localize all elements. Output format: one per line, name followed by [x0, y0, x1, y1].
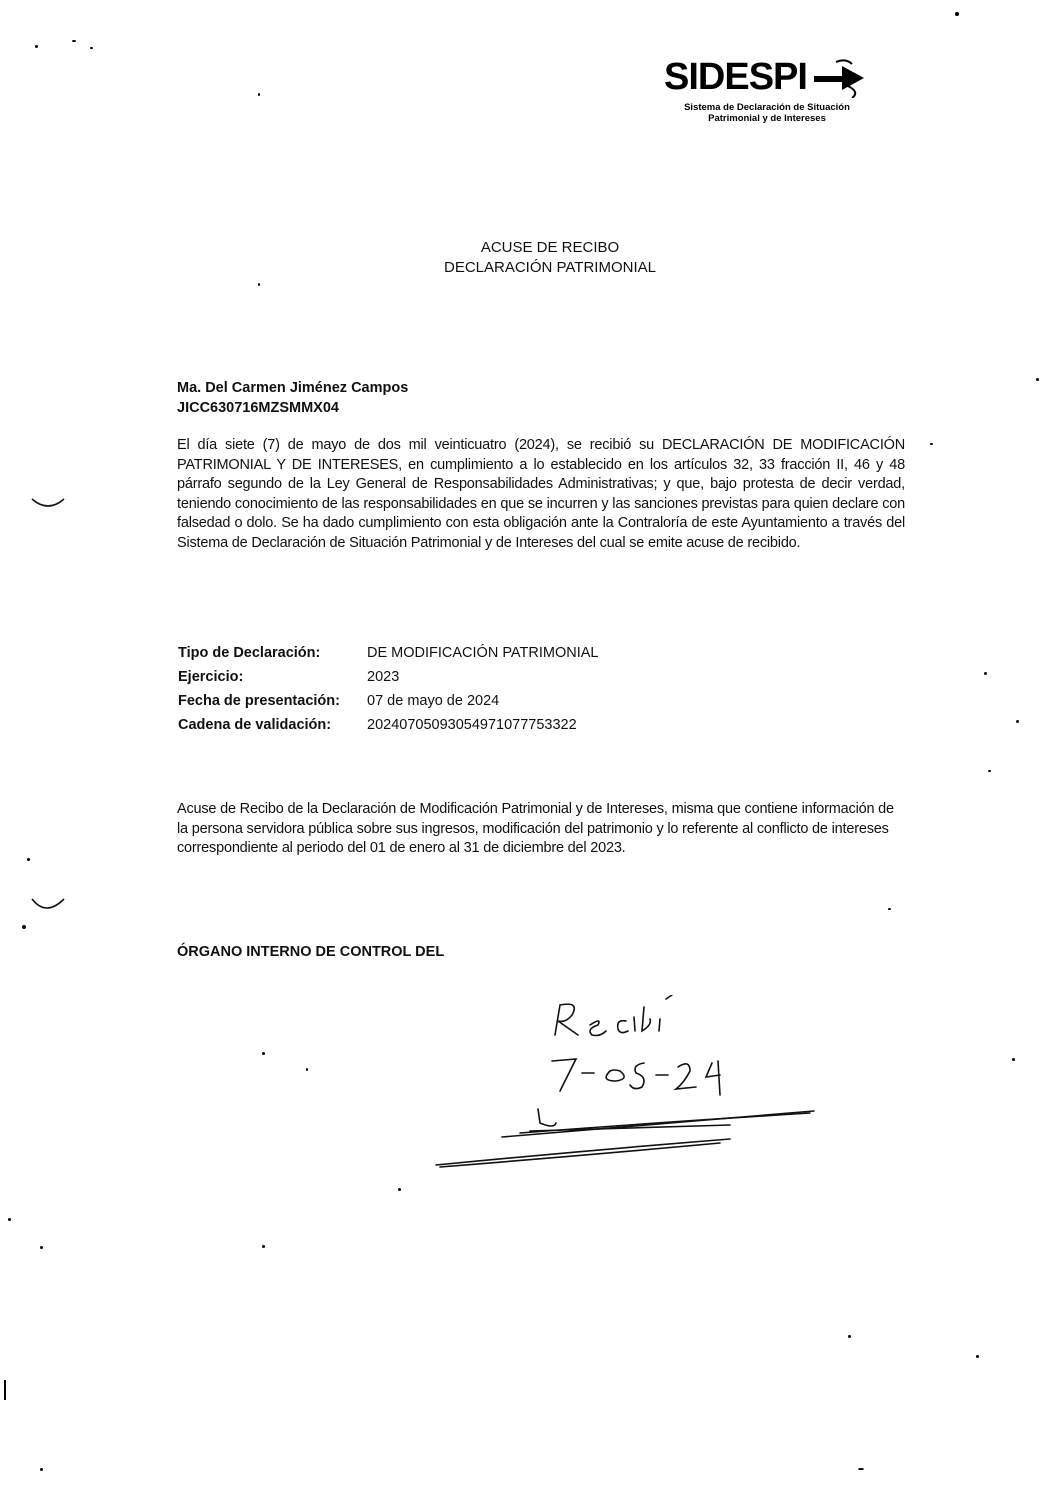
info-label: Cadena de validación:: [178, 713, 367, 737]
scan-speck: [1016, 720, 1019, 723]
info-row-ejercicio: Ejercicio: 2023: [178, 665, 598, 689]
scan-speck: [306, 1068, 308, 1071]
info-row-tipo: Tipo de Declaración: DE MODIFICACIÓN PAT…: [178, 641, 598, 665]
scan-speck: [8, 1218, 11, 1221]
title-line2: DECLARACIÓN PATRIMONIAL: [340, 258, 760, 278]
scan-speck: [930, 443, 933, 445]
info-value: 2023: [367, 665, 399, 689]
logo-subtitle-line1: Sistema de Declaración de Situación: [662, 102, 872, 113]
scan-speck: [955, 12, 959, 16]
scan-speck: [262, 1245, 265, 1248]
recipient-rfc: JICC630716MZSMMX04: [177, 398, 408, 418]
scan-speck: [1012, 1058, 1015, 1061]
info-label: Ejercicio:: [178, 665, 367, 689]
issuing-body: ÓRGANO INTERNO DE CONTROL DEL: [177, 944, 444, 960]
scan-speck: [1036, 378, 1039, 381]
scan-speck: [72, 40, 76, 42]
info-row-fecha: Fecha de presentación: 07 de mayo de 202…: [178, 689, 598, 713]
declaration-info: Tipo de Declaración: DE MODIFICACIÓN PAT…: [178, 641, 598, 737]
scan-speck: [40, 1246, 43, 1249]
scan-speck: [398, 1188, 401, 1191]
sidespi-logo: SIDESPI Sistema de Declaración de Situac…: [640, 52, 880, 132]
scan-speck: [984, 672, 987, 675]
scan-speck: [40, 1468, 43, 1471]
scan-speck: [22, 925, 26, 929]
scan-speck: [27, 858, 30, 861]
recipient-block: Ma. Del Carmen Jiménez Campos JICC630716…: [177, 378, 408, 418]
scan-edge-mark: [4, 1380, 6, 1400]
logo-wordmark: SIDESPI: [664, 58, 807, 96]
scan-mark: [28, 495, 68, 515]
arrow-right-icon: [812, 58, 868, 98]
info-value: DE MODIFICACIÓN PATRIMONIAL: [367, 641, 598, 665]
info-value: 20240705093054971077753322: [367, 713, 577, 737]
scan-speck: [258, 93, 260, 96]
info-row-cadena: Cadena de validación: 202407050930549710…: [178, 713, 598, 737]
logo-subtitle: Sistema de Declaración de Situación Patr…: [662, 102, 872, 124]
scan-speck: [858, 1468, 864, 1470]
scan-speck: [988, 770, 991, 772]
scan-speck: [888, 908, 891, 910]
info-label: Tipo de Declaración:: [178, 641, 367, 665]
scan-speck: [848, 1335, 851, 1338]
scan-speck: [262, 1052, 265, 1055]
logo-subtitle-line2: Patrimonial y de Intereses: [662, 113, 872, 124]
scan-speck: [258, 283, 260, 286]
recipient-name: Ma. Del Carmen Jiménez Campos: [177, 378, 408, 398]
scan-speck: [976, 1355, 979, 1358]
scan-speck: [90, 47, 93, 49]
scan-speck: [35, 45, 38, 48]
body-paragraph: El día siete (7) de mayo de dos mil vein…: [177, 436, 905, 553]
title-line1: ACUSE DE RECIBO: [340, 238, 760, 258]
info-label: Fecha de presentación:: [178, 689, 367, 713]
info-value: 07 de mayo de 2024: [367, 689, 499, 713]
summary-paragraph: Acuse de Recibo de la Declaración de Mod…: [177, 800, 905, 859]
document-title: ACUSE DE RECIBO DECLARACIÓN PATRIMONIAL: [340, 238, 760, 278]
handwritten-signature: [430, 995, 830, 1175]
scan-mark: [28, 895, 68, 919]
